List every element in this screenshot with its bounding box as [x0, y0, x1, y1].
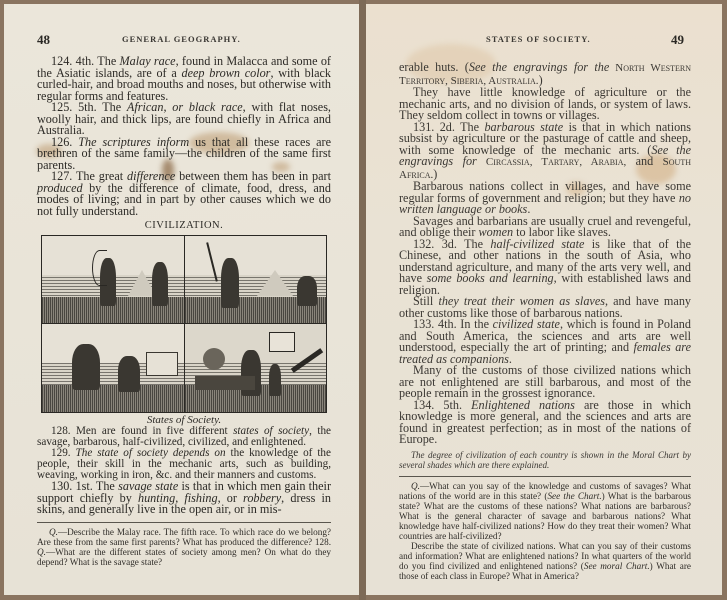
right-body-text: erable huts. (See the engravings for the…: [399, 62, 691, 581]
review-questions: Q.—Describe the Malay race. The fifth ra…: [37, 527, 331, 567]
engraving-panel-savage: [42, 236, 184, 324]
running-head: STATES OF SOCIETY.: [486, 34, 591, 44]
left-body-text: 124. 4th. The Malay race, found in Malac…: [37, 56, 331, 567]
paragraph-129: 129. The state of society depends on the…: [37, 448, 331, 481]
figure-title: CIVILIZATION.: [37, 220, 331, 232]
kneeling-figure-icon: [118, 356, 140, 392]
engraving-panel-barbarous: [185, 236, 327, 324]
page-number: 49: [671, 32, 684, 48]
engraving-panel-half-civilized: [42, 324, 184, 412]
paragraph-126: 126. The scriptures inform us that all t…: [37, 137, 331, 172]
paragraph-127: 127. The great difference between them h…: [37, 171, 331, 217]
paragraph-128: 128. Men are found in five different sta…: [37, 426, 331, 448]
paragraph-132: 132. 3d. The half-civilized state is lik…: [399, 239, 691, 297]
engraving-panel-civilized: [185, 324, 327, 412]
review-questions: Q.—What can you say of the knowledge and…: [399, 481, 691, 581]
paragraph-131: 131. 2d. The barbarous state is that in …: [399, 122, 691, 182]
states-of-society-engraving: [41, 235, 327, 413]
seated-man-icon: [72, 344, 100, 390]
paragraph-124: 124. 4th. The Malay race, found in Malac…: [37, 56, 331, 102]
seated-figure-icon: [297, 276, 317, 306]
child-figure-icon: [269, 364, 281, 396]
paragraph-many-customs: Many of the customs of those civilized n…: [399, 365, 691, 400]
right-page: STATES OF SOCIETY. 49 erable huts. (See …: [366, 4, 722, 595]
map-icon: [269, 332, 295, 352]
paragraph-130: 130. 1st. The savage state is that in wh…: [37, 481, 331, 516]
footnote-rule: [399, 476, 691, 477]
paragraph-134: 134. 5th. Enlightened nations are those …: [399, 400, 691, 446]
paragraph-barbarous-nations: Barbarous nations collect in villages, a…: [399, 181, 691, 216]
left-page: 48 GENERAL GEOGRAPHY. 124. 4th. The Mala…: [4, 4, 359, 595]
running-head: GENERAL GEOGRAPHY.: [122, 34, 241, 44]
paragraph-still: Still they treat their women as slaves, …: [399, 296, 691, 319]
book-gutter: [359, 0, 366, 600]
footnote-rule: [37, 522, 331, 523]
person-figure-icon: [152, 262, 168, 306]
question-block: Q.—What can you say of the knowledge and…: [399, 481, 691, 541]
bow-icon: [92, 250, 107, 286]
paragraph-133: 133. 4th. In the civilized state, which …: [399, 319, 691, 365]
tent-icon: [257, 270, 293, 296]
herdsman-figure-icon: [221, 258, 239, 308]
page-number: 48: [37, 32, 50, 48]
paragraph-savages: Savages and barbarians are usually cruel…: [399, 216, 691, 239]
paragraph-knowledge: They have little knowledge of agricultur…: [399, 87, 691, 122]
paragraph-125: 125. 5th. The African, or black race, wi…: [37, 102, 331, 137]
paragraph-continuation: erable huts. (See the engravings for the…: [399, 62, 691, 87]
table-icon: [195, 376, 255, 390]
moral-chart-note: The degree of civilization of each count…: [399, 450, 691, 470]
page-header: 48 GENERAL GEOGRAPHY.: [4, 32, 359, 46]
question-block: Q.—Describe the Malay race. The fifth ra…: [37, 527, 331, 567]
question-block: Describe the state of civilized nations.…: [399, 541, 691, 581]
palace-icon: [146, 352, 178, 376]
globe-icon: [203, 348, 225, 370]
page-header: STATES OF SOCIETY. 49: [366, 32, 722, 46]
